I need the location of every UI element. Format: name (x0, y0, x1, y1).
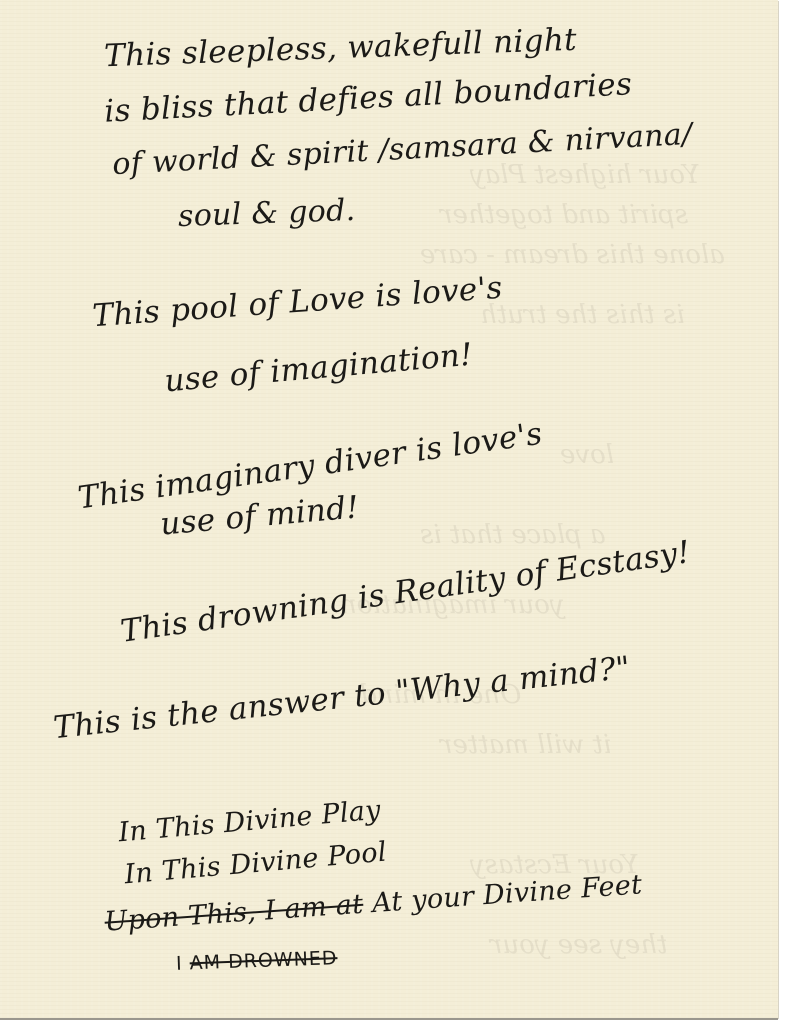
handwritten-page: Your highest Play spirit and together al… (0, 0, 778, 1018)
bleed-through-text: alone this dream - care (420, 240, 725, 270)
stanza-4-line-1: This drowning is Reality of Ecstasy! (118, 534, 692, 650)
closing-final-line: I AM DROWNED (176, 947, 338, 975)
bleed-through-text: is this the truth (480, 300, 685, 330)
bleed-through-text: they see your (490, 930, 667, 960)
kept-text: I (176, 953, 183, 975)
stanza-1-line-1: This sleepless, wakefull night (104, 22, 578, 74)
struck-text: AM DROWNED (189, 947, 338, 974)
struck-text: Upon This, I am at (104, 889, 365, 938)
stanza-1-line-4: soul & god. (177, 193, 356, 234)
bleed-through-text: spirit and together (440, 200, 688, 230)
closing-line-2: In This Divine Pool (123, 837, 388, 891)
bleed-through-text: Your highest Play (470, 160, 700, 190)
bleed-through-text: a place that is (420, 520, 606, 550)
stanza-2-line-2: use of imagination! (163, 337, 474, 400)
stanza-2-line-1: This pool of Love is love's (91, 270, 503, 335)
page-bottom-edge (0, 1018, 778, 1020)
stanza-1-line-2: is bliss that defies all boundaries (103, 66, 633, 130)
bleed-through-text: love (560, 440, 614, 470)
bleed-through-text: it will matter (440, 730, 611, 760)
